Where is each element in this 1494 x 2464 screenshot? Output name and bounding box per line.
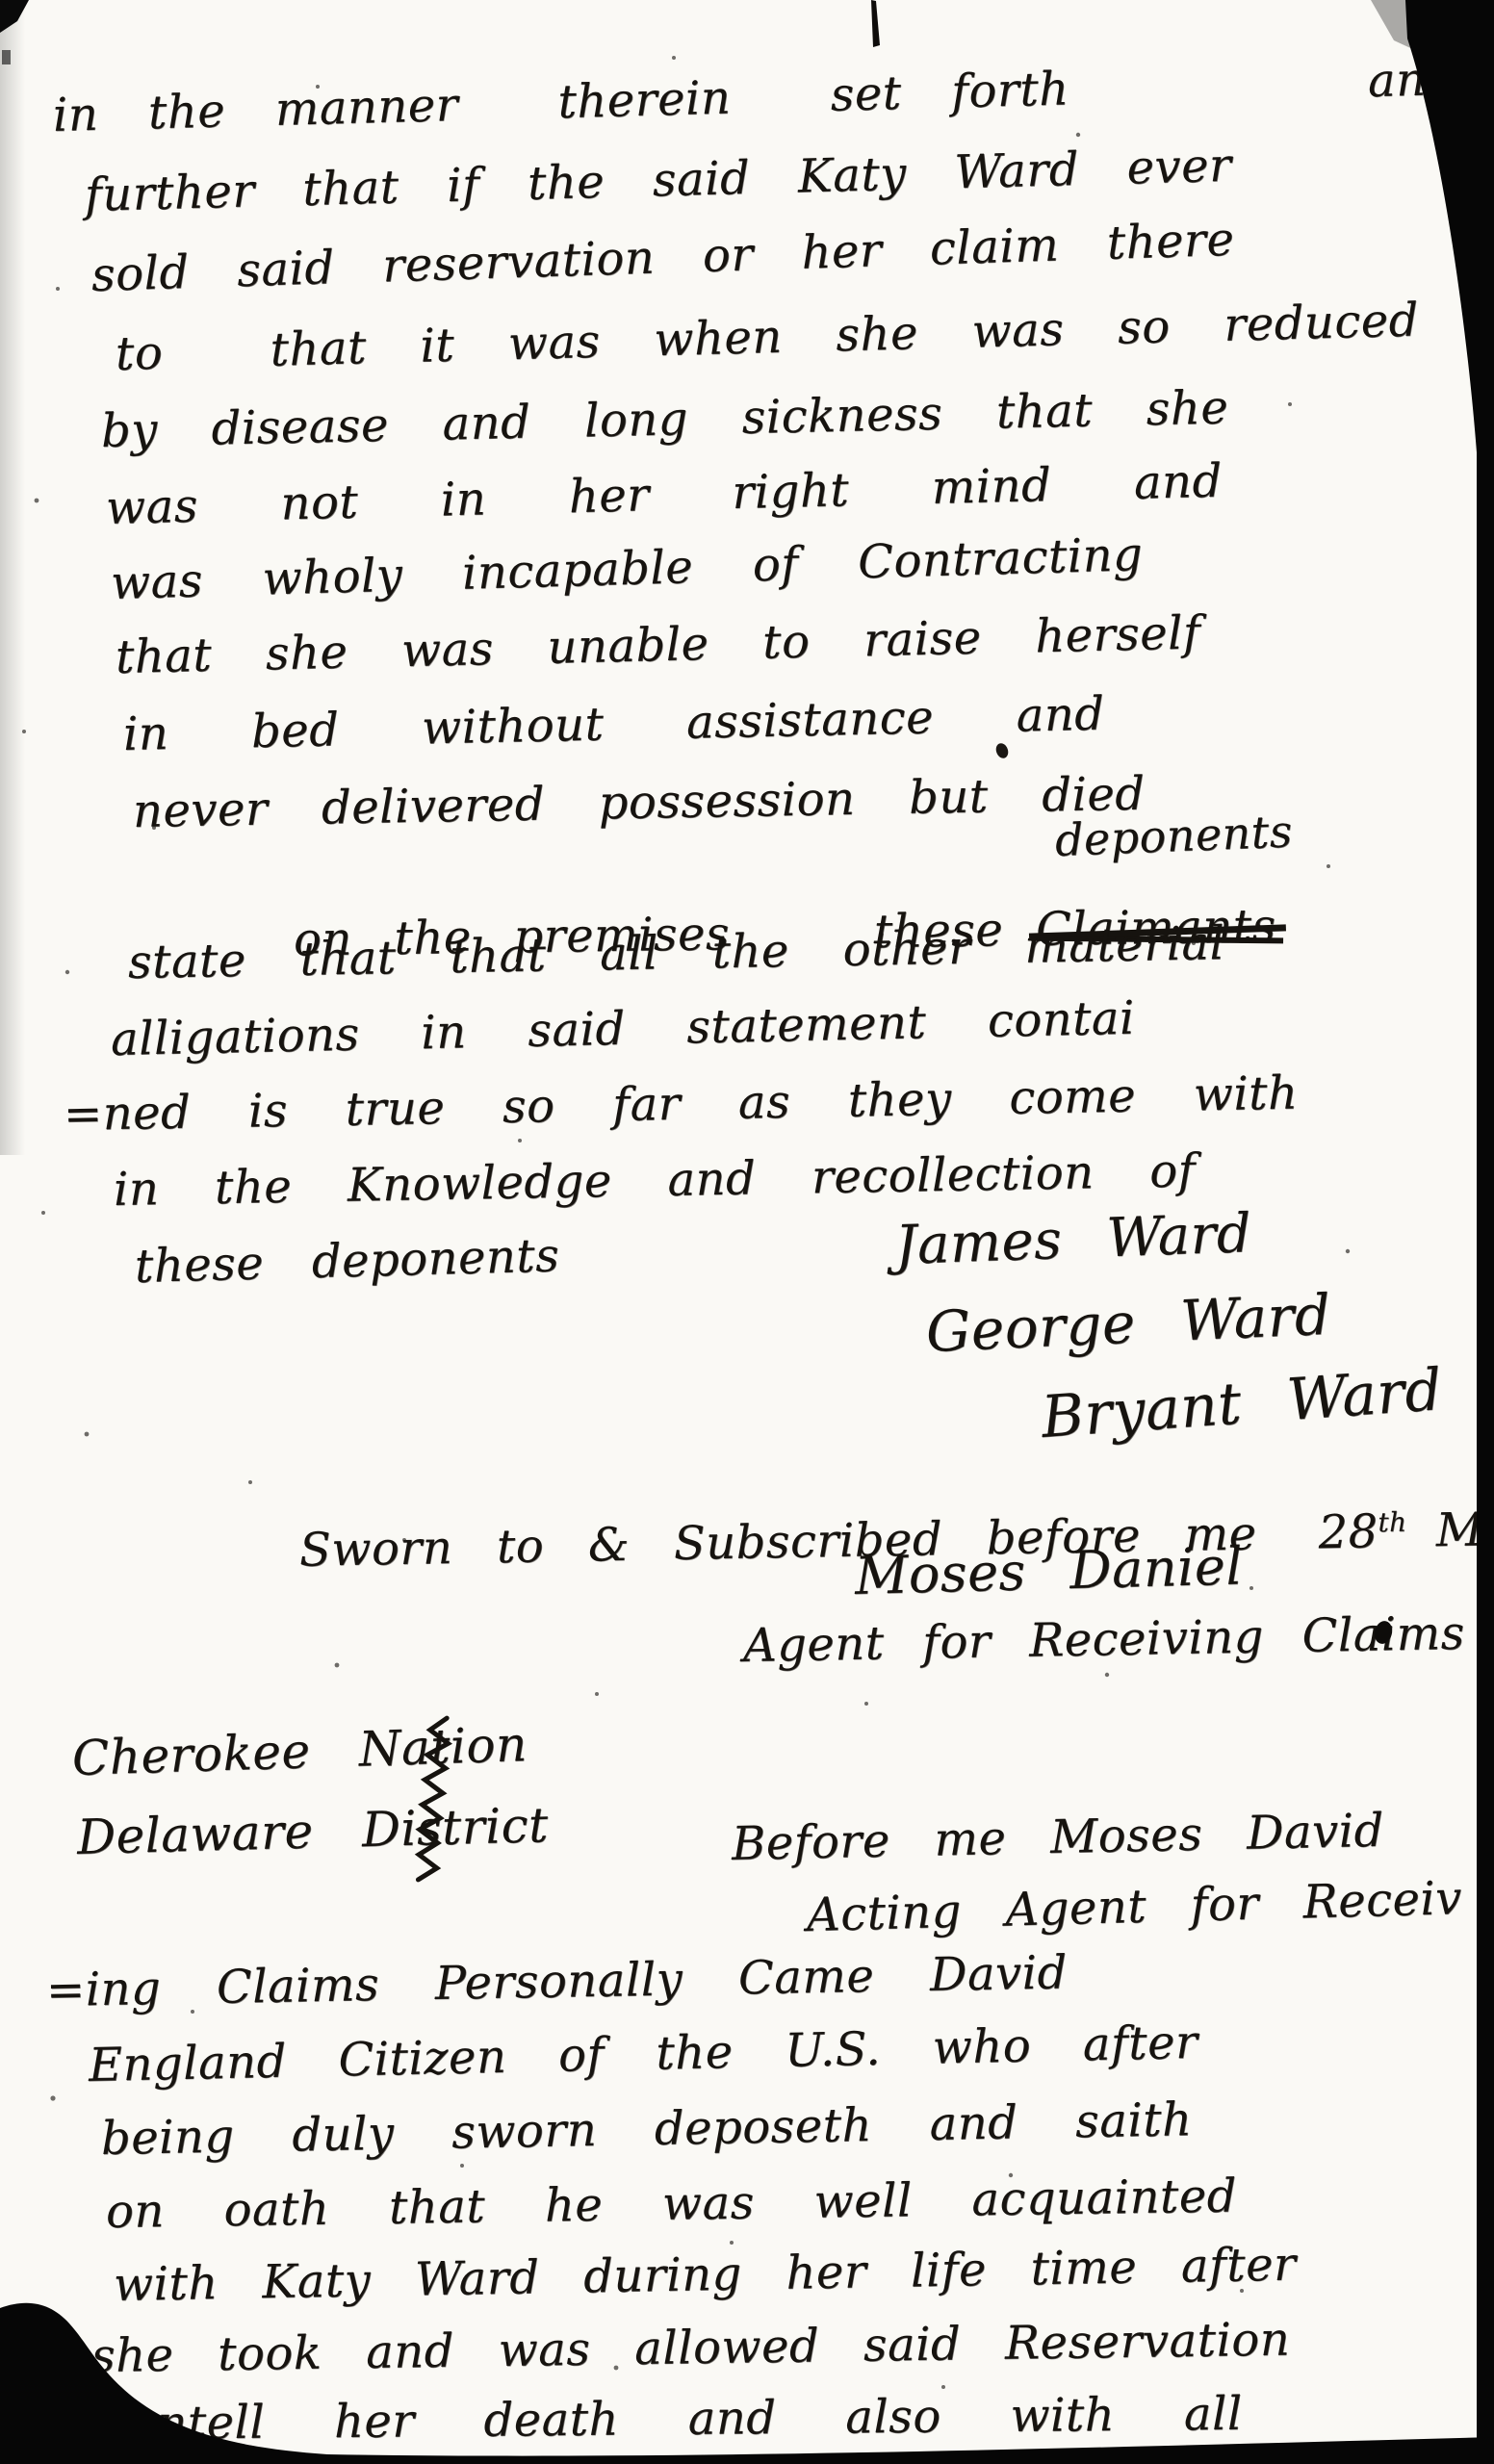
- jurat-line: untell her death and also with all: [127, 2387, 1243, 2451]
- deposition-line: was wholy incapable of Contracting: [110, 527, 1144, 610]
- pen-mark-top: [871, 0, 880, 47]
- jurat-line: being duly sworn deposeth and saith: [101, 2092, 1193, 2166]
- deposition-line: further that if the said Katy Ward ever: [84, 139, 1232, 222]
- jurat-line: =ing Claims Personally Came David: [46, 1945, 1069, 2017]
- left-edge-scan-wash: [0, 0, 25, 1155]
- deposition-line: by disease and long sickness that she: [100, 380, 1228, 458]
- deposition-line: that she was unable to raise herself: [115, 605, 1200, 684]
- ink-speck-mid: [994, 741, 1011, 759]
- signature-james-ward: James Ward: [894, 1202, 1252, 1277]
- deposition-line: in the manner therein set forth and: [52, 52, 1456, 142]
- scan-edge-shadow-right: [1405, 0, 1494, 2464]
- deposition-line: these deponents: [134, 1228, 560, 1294]
- deposition-line: in the Knowledge and recollection of: [114, 1143, 1197, 1217]
- attestation-day-suffix: th: [1378, 1506, 1407, 1539]
- district-brace-squiggle: [409, 1715, 455, 1888]
- jurat-line: England Citizen of the U.S. who after: [88, 2015, 1198, 2092]
- officer-title: Agent for Receiving Claims: [743, 1606, 1466, 1673]
- signature-george-ward: George Ward: [925, 1282, 1332, 1365]
- signature-bryant-ward: Bryant Ward: [1040, 1356, 1445, 1451]
- attestation-date: March 1842: [1435, 1498, 1494, 1557]
- jurat-line: Before me Moses David: [731, 1804, 1384, 1871]
- deposition-line: never delivered possession but died: [133, 767, 1146, 838]
- deposition-line: sold said reservation or her claim there: [90, 213, 1235, 302]
- deposition-line: in bed without assistance and: [122, 687, 1105, 761]
- jurat-line: with Katy Ward during her life time afte…: [114, 2238, 1297, 2312]
- attestation-line: Sworn to & Subscribed before me28thMarch…: [122, 1444, 1494, 1634]
- attestation-day: 28: [1318, 1504, 1378, 1559]
- jurat-line: on oath that he was well acquainted: [106, 2169, 1238, 2239]
- deposition-line: to that it was when she was so reduced: [115, 294, 1419, 381]
- jurat-line: she took and was allowed said Reservatio…: [91, 2313, 1291, 2383]
- jurat-line: Acting Agent for Receiv: [806, 1871, 1462, 1942]
- deposition-line: was not in her right mind and: [105, 454, 1223, 535]
- jurat-district: Delaware District: [76, 1797, 549, 1865]
- jurat-nation: Cherokee Nation: [71, 1716, 528, 1786]
- deposition-line: =ned is true so far as they come with: [64, 1066, 1299, 1142]
- inserted-word: deponents: [1054, 806, 1294, 866]
- scanned-document-page: in the manner therein set forth and furt…: [0, 0, 1494, 2464]
- officer-name: Moses Daniel: [854, 1535, 1244, 1606]
